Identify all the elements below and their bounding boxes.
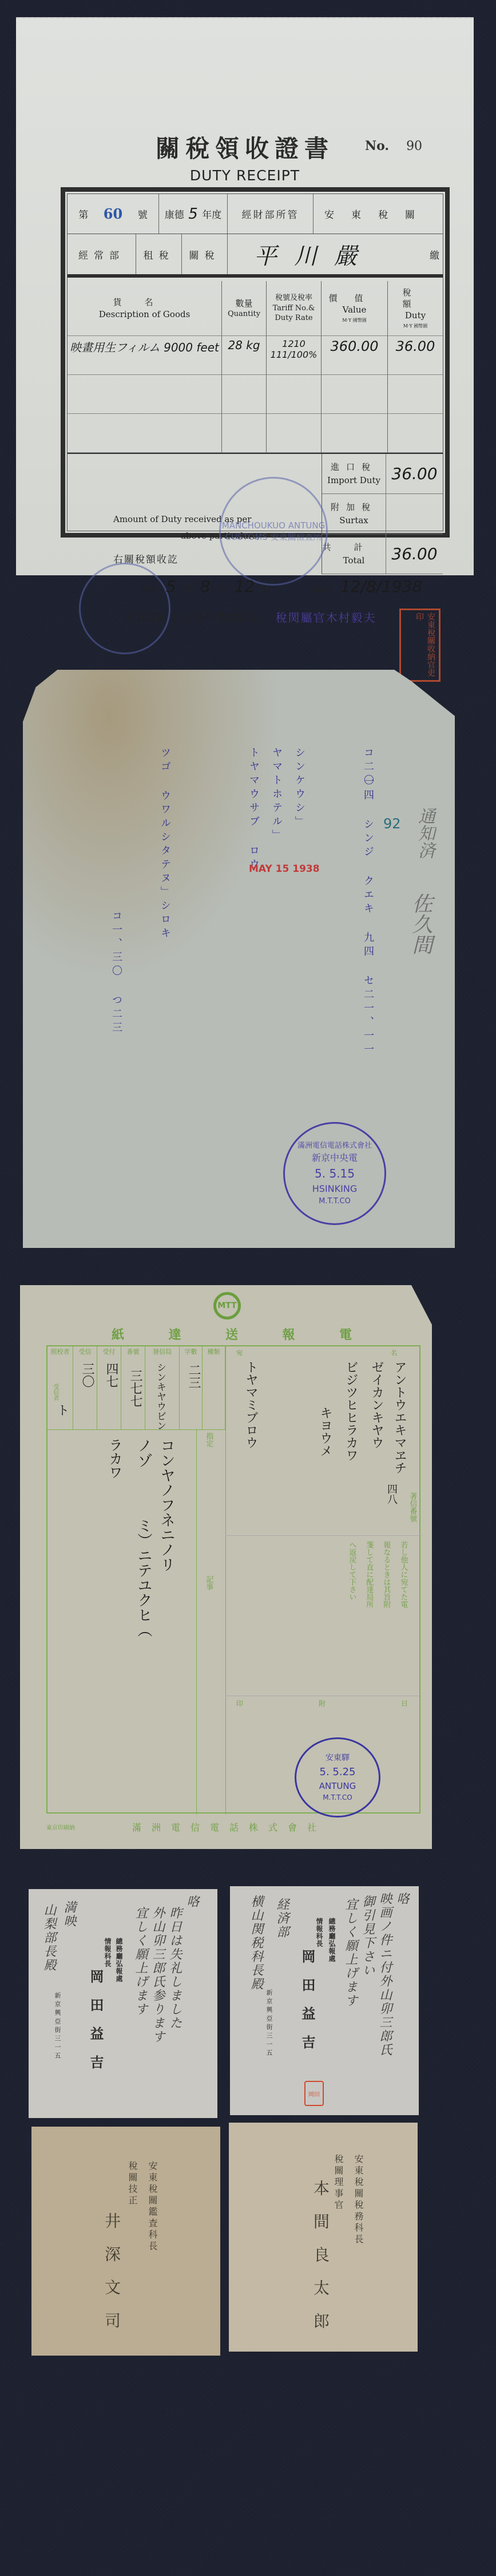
item-qty: 28 kg [222, 336, 267, 375]
message-line: ラカワ [105, 1438, 125, 1479]
card-title: 稅關理事官 [332, 2154, 345, 2211]
notice-text: 若し他人に宛てた電 [396, 1541, 410, 1608]
totals-box: 進口稅Import Duty 36.00 附加稅Surtax 共計Total 3… [322, 454, 443, 574]
card-title: 總務廳弘報處 [327, 1918, 337, 1962]
item-value: 360.00 [322, 336, 388, 375]
telegram-front-panel: MTT 紙 達 送 報 電 照校者 受信 受付 番號 發信局 字數 種類 宛 名… [0, 1268, 496, 1855]
receipt-bottom: 進口稅Import Duty 36.00 附加稅Surtax 共計Total 3… [68, 453, 443, 531]
telegram-line: ツゴ ウワルシタテヌ」シロキ [157, 747, 172, 941]
hdr-received: 受信 [73, 1346, 97, 1429]
form-grid: 照校者 受信 受付 番號 發信局 字數 種類 宛 名 受信者 三〇 四七 三七七… [46, 1345, 420, 1814]
dept-cell: 經常部 [68, 234, 136, 274]
card-name: 岡田益吉 [86, 1969, 106, 2084]
ministry-cell: 經財部所管 [228, 194, 314, 234]
remarks-label: 記事 [202, 1575, 215, 1590]
col-value-header: 價值ValueM·Y 國幣圓 [322, 281, 388, 336]
message-line: ミ）ニテユクヒ（ [133, 1518, 154, 1637]
name-card: 安東稅關稅務科長 稅關理事官 本間良太郎 [229, 2123, 418, 2352]
telegram-line: ヤマトホテル」 [269, 747, 284, 843]
customs-stamp: MANCHOUKUO ANTUNG CUSTOMS 安東關檢查所 [219, 477, 328, 586]
office-cell: 安東稅關 [314, 194, 443, 234]
item-goods: 映畫用生フィルム 9000 feet [68, 336, 222, 375]
hdr-type: 種類 [203, 1346, 225, 1429]
receipt-frame: 第 60 號 康德 5 年度 經財部所管 安東稅關 經常部 租稅 關稅 平川嚴 [61, 187, 450, 538]
address-line: キヨウメ [316, 1406, 334, 1457]
pencil-note: 通知済 [412, 807, 437, 859]
name-cards-panel: 咯 昨日は失礼しました 外山卯三郎氏参ります 宜しく願上げます 總務廳弘報處 情… [0, 1855, 496, 2576]
import-duty-value: 36.00 [386, 454, 443, 493]
telegram-line: 一四 シンジ クエキ 九四 セ二一、一一 [360, 776, 375, 1057]
col-qty-header: 數量Quantity [222, 281, 267, 336]
goods-table: 貨名Description of Goods 數量Quantity 稅號及稅率T… [68, 281, 443, 453]
receipt-header-row: 第 60 號 康德 5 年度 經財部所管 安東稅關 [68, 194, 443, 234]
address-line: ゼイカンキヤウ [368, 1361, 386, 1449]
card-title: 安東稅關鑑査科長 [146, 2161, 159, 2253]
pencil-note: 佐久間 [406, 893, 435, 955]
telegram-serial: 三七七 [126, 1369, 144, 1407]
card-address: 新京興亞街三一五 [53, 1992, 62, 2061]
accepted-time: 四七 [102, 1362, 120, 1388]
card-title: 情報科長 [315, 1918, 324, 1947]
message-line: コンヤノフネニノリ [156, 1438, 177, 1572]
col-goods-header: 貨名Description of Goods [68, 281, 222, 336]
duty-receipt-panel: 關稅領收證書 No.90 DUTY RECEIPT 第 60 號 康德 5 年度… [0, 0, 496, 635]
hdr-accepted: 受付 [97, 1346, 121, 1429]
telegram-back-panel: コ二〇 一四 シンジ クエキ 九四 セ二一、一一 シンケウシ」 ヤマトホテル」 … [0, 635, 496, 1268]
telegram-back: コ二〇 一四 シンジ クエキ 九四 セ二一、一一 シンケウシ」 ヤマトホテル」 … [23, 670, 455, 1248]
serial-number: 60 [104, 206, 122, 222]
total-row: 共計Total 36.00 [322, 534, 443, 574]
notice-text: 報なるときは其旨附 [379, 1541, 392, 1608]
card-name: 本間良太郎 [309, 2180, 332, 2346]
address-line: ビジツヒヒラカワ [342, 1361, 360, 1461]
card-address: 新京興亞街三一五 [264, 1989, 273, 2058]
name-card: 咯 映画ノ件ニ付外山卯三郎氏 御引見下さい 宜しく願上げます 總務廳弘報處 情報… [230, 1886, 419, 2115]
message-line: ノゾ [133, 1438, 154, 1468]
telegram-line: シンケウシ」 [292, 747, 307, 829]
item-duty: 36.00 [388, 336, 443, 375]
surtax-row: 附加稅Surtax [322, 494, 443, 534]
notice-text: へ返戻して下さい [345, 1541, 358, 1601]
card-title: 稅關技正 [126, 2161, 139, 2207]
card-title: 總務廳弘報處 [114, 1938, 124, 1982]
receipt-date: 康德 5 年 8 月 12 日 Date 12/8/1938 [142, 577, 422, 596]
col-tariff-header: 稅號及稅率Tariff No.& Duty Rate [267, 281, 322, 336]
form-title: 紙 達 送 報 電 [112, 1325, 352, 1343]
card-title: 情報科長 [103, 1938, 113, 1967]
name-card: 咯 昨日は失礼しました 外山卯三郎氏参ります 宜しく願上げます 總務廳弘報處 情… [29, 1889, 217, 2118]
date-stamp-label: 印 附 日 [236, 1698, 408, 1708]
card-title: 安東稅關稅務科長 [352, 2154, 365, 2246]
word-count: 二三 [185, 1364, 203, 1389]
tax-type-cell: 租稅 [136, 234, 182, 274]
red-seal: 岡田 [304, 2081, 324, 2106]
import-duty-row: 進口稅Import Duty 36.00 [322, 454, 443, 494]
received-date-stamp: MAY 15 1938 [249, 863, 320, 875]
payer-signature: 平川嚴 [231, 238, 374, 271]
col-duty-header: 稅額DutyM·Y 國幣圓 [388, 281, 443, 336]
total-value: 36.00 [386, 534, 443, 574]
telegram-line: トヤマウサブ ロウ [246, 747, 261, 872]
mtt-logo-icon: MTT [213, 1292, 241, 1319]
payer-cell: 平川嚴 繳 [228, 234, 443, 274]
receiver-mark: ト [53, 1404, 71, 1416]
origin-office: シンキヤウビン [153, 1362, 168, 1431]
serial-cell: 第 60 號 [68, 194, 159, 234]
notice-text: 箋して直に配達局所 [362, 1541, 375, 1608]
subtype-cell: 關稅 [182, 234, 228, 274]
fiscal-year-cell: 康德 5 年度 [159, 194, 228, 234]
telegram-line: コ一、三〇 つ二三 [109, 910, 124, 1036]
form-footer: 東京印刷納 滿洲電信電話株式會社 [46, 1820, 420, 1834]
designation-label: 指定 [202, 1432, 215, 1447]
antung-postmark: 安東驛 5. 5.25 ANTUNG M.T.T.CO [295, 1737, 380, 1818]
telegram-number: 92 [383, 816, 401, 832]
surtax-value [386, 494, 443, 534]
address-line: トヤマミブロウ [242, 1361, 260, 1449]
hsinking-postmark: 滿洲電信電話株式會社 新京中央電 5. 5.15 HSINKING M.T.T.… [283, 1122, 386, 1225]
receipt-subtitle: DUTY RECEIPT [16, 167, 474, 184]
officer-name: 稅関屬官木村毅夫 [276, 609, 376, 625]
card-name: 岡田益吉 [297, 1949, 318, 2064]
item-tariff: 1210 111/100% [267, 336, 322, 375]
telegram-delivery-form: MTT 紙 達 送 報 電 照校者 受信 受付 番號 發信局 字數 種類 宛 名… [20, 1285, 432, 1849]
officer-line: 安東稅關 主任/分任 收納官吏 稅関屬官木村毅夫 [125, 609, 376, 625]
incoming-number: 四八 [384, 1484, 399, 1504]
address-line: アントウエキマヱチ [391, 1361, 408, 1474]
name-card: 安東稅關鑑査科長 稅關技正 井深文司 [31, 2127, 220, 2356]
receipt-payer-row: 經常部 租稅 關稅 平川嚴 繳 [68, 234, 443, 278]
incoming-number-label: 著信番號 [406, 1492, 419, 1522]
receipt-number: No.90 [365, 139, 422, 153]
card-name: 井深文司 [100, 2212, 123, 2345]
duty-receipt: 關稅領收證書 No.90 DUTY RECEIPT 第 60 號 康德 5 年度… [16, 17, 474, 575]
received-time: 三〇 [78, 1362, 96, 1388]
